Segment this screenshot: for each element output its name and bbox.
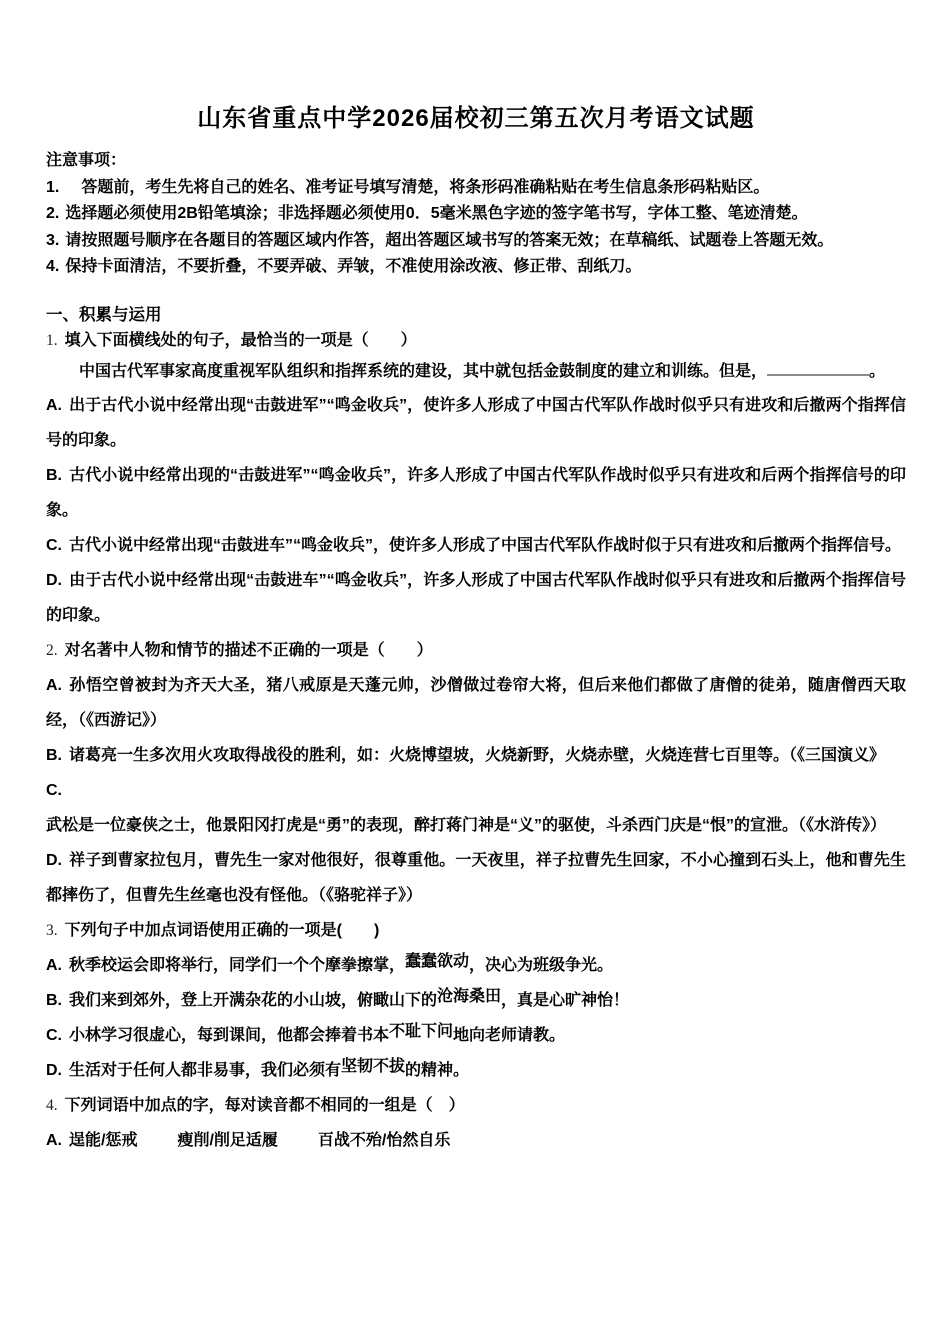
option-label: C. [46,782,62,799]
question-1: 1.填入下面横线处的句子，最恰当的一项是（ ） 中国古代军事家高度重视军队组织和… [46,327,906,633]
question-number: 2. [46,642,58,659]
option-row: C.小林学习很虚心，每到课间，他都会捧着书本不耻下问地向老师请教。 [46,1018,906,1053]
option-text-pre: 我们来到郊外，登上开满杂花的小山坡，俯瞰山下的 [69,992,437,1009]
phonetic-pair: 瘦削/削足适履 [177,1132,277,1149]
option-label: D. [46,572,62,589]
option-text: 孙悟空曾被封为齐天大圣，猪八戒原是天蓬元帅，沙僧做过卷帘大将，但后来他们都做了唐… [46,677,906,729]
option-text-post: 的精神。 [405,1062,469,1079]
phonetic-pair: 逞能/惩戒 [69,1132,137,1149]
option-row: C.古代小说中经常出现“击鼓进车”“鸣金收兵”，使许多人形成了中国古代军队作战时… [46,528,906,563]
option-text-post: ，真是心旷神怡！ [501,992,629,1009]
option-row: D.由于古代小说中经常出现“击鼓进车”“鸣金收兵”，许多人形成了中国古代军队作战… [46,563,906,633]
question-stem-text: 对名著中人物和情节的描述不正确的一项是（ ） [65,642,433,659]
notice-item-number: 1. [46,179,59,196]
option-label: D. [46,852,62,869]
question-stem: 2.对名著中人物和情节的描述不正确的一项是（ ） [46,633,906,668]
option-text: 古代小说中经常出现“击鼓进车”“鸣金收兵”，使许多人形成了中国古代军队作战时似于… [69,537,901,554]
option-row: A.秋季校运会即将举行，同学们一个个摩拳擦掌，蠢蠢欲动，决心为班级争光。 [46,948,906,983]
option-text: 古代小说中经常出现的“击鼓进军”“鸣金收兵”，许多人形成了中国古代军队作战时似乎… [46,467,906,519]
option-label: C. [46,1027,62,1044]
option-row: B.古代小说中经常出现的“击鼓进军”“鸣金收兵”，许多人形成了中国古代军队作战时… [46,458,906,528]
option-row: B.我们来到郊外，登上开满杂花的小山坡，俯瞰山下的沧海桑田，真是心旷神怡！ [46,983,906,1018]
question-stem: 1.填入下面横线处的句子，最恰当的一项是（ ） [46,327,906,355]
emphasized-word: 蠢蠢欲动 [405,953,469,970]
option-row: A.出于古代小说中经常出现“击鼓进军”“鸣金收兵”，使许多人形成了中国古代军队作… [46,388,906,458]
question-stem: 4.下列词语中加点的字，每对读音都不相同的一组是（ ） [46,1088,906,1123]
option-text: 出于古代小说中经常出现“击鼓进军”“鸣金收兵”，使许多人形成了中国古代军队作战时… [46,397,906,449]
notice-heading: 注意事项： [46,148,906,175]
option-text: 由于古代小说中经常出现“击鼓进车”“鸣金收兵”，许多人形成了中国古代军队作战时似… [46,572,906,624]
option-text: 武松是一位豪侠之士，他景阳冈打虎是“勇”的表现，醉打蒋门神是“义”的驱使，斗杀西… [46,817,886,834]
notice-item-text: 答题前，考生先将自己的姓名、准考证号填写清楚，将条形码准确粘贴在考生信息条形码粘… [65,179,769,196]
option-label: B. [46,747,62,764]
option-text-pre: 小林学习很虚心，每到课间，他都会捧着书本 [69,1027,389,1044]
option-label: B. [46,992,62,1009]
notice-item-text: 保持卡面清洁，不要折叠，不要弄破、弄皱，不准使用涂改液、修正带、刮纸刀。 [65,258,641,275]
question-number: 1. [46,332,58,349]
notice-item-number: 3. [46,232,59,249]
option-label: A. [46,397,62,414]
question-stem-text: 填入下面横线处的句子，最恰当的一项是（ ） [65,332,417,349]
option-text: 祥子到曹家拉包月，曹先生一家对他很好，很尊重他。一天夜里，祥子拉曹先生回家，不小… [46,852,906,904]
option-label: C. [46,537,62,554]
exam-page: 山东省重点中学2026届校初三第五次月考语文试题 注意事项： 1. 答题前，考生… [0,0,950,1344]
option-row: D.生活对于任何人都非易事，我们必须有坚韧不拔的精神。 [46,1053,906,1088]
option-text-post: 地向老师请教。 [453,1027,565,1044]
emphasized-word: 坚韧不拔 [341,1058,405,1075]
question-stem-text: 下列句子中加点词语使用正确的一项是( ) [65,922,380,939]
option-label: A. [46,677,62,694]
notice-item-number: 4. [46,258,59,275]
question-4: 4.下列词语中加点的字，每对读音都不相同的一组是（ ） A.逞能/惩戒瘦削/削足… [46,1088,906,1158]
option-text: 诸葛亮一生多次用火攻取得战役的胜利，如：火烧博望坡，火烧新野，火烧赤壁，火烧连营… [69,747,885,764]
phonetic-pair: 百战不殆/怡然自乐 [318,1132,450,1149]
notice-item-number: 2. [46,205,59,222]
option-label: A. [46,957,62,974]
notice-item-text: 请按照题号顺序在各题目的答题区域内作答，超出答题区域书写的答案无效；在草稿纸、试… [65,232,833,249]
option-row: A.逞能/惩戒瘦削/削足适履百战不殆/怡然自乐 [46,1123,906,1158]
notice-item: 4.保持卡面清洁，不要折叠，不要弄破、弄皱，不准使用涂改液、修正带、刮纸刀。 [46,254,906,281]
question-2: 2.对名著中人物和情节的描述不正确的一项是（ ） A.孙悟空曾被封为齐天大圣，猪… [46,633,906,913]
option-label: B. [46,467,62,484]
emphasized-word: 沧海桑田 [437,988,501,1005]
question-number: 3. [46,922,58,939]
question-stem-text: 下列词语中加点的字，每对读音都不相同的一组是（ ） [65,1097,465,1114]
question-stem: 3.下列句子中加点词语使用正确的一项是( ) [46,913,906,948]
context-text: 中国古代军事家高度重视军队组织和指挥系统的建设，其中就包括金鼓制度的建立和训练。… [79,363,767,380]
option-row: B.诸葛亮一生多次用火攻取得战役的胜利，如：火烧博望坡，火烧新野，火烧赤壁，火烧… [46,738,906,773]
page-title: 山东省重点中学2026届校初三第五次月考语文试题 [46,104,906,134]
option-text-pre: 生活对于任何人都非易事，我们必须有 [69,1062,341,1079]
answer-blank [767,360,869,376]
context-text-end: 。 [869,363,885,380]
option-row: D.祥子到曹家拉包月，曹先生一家对他很好，很尊重他。一天夜里，祥子拉曹先生回家，… [46,843,906,913]
question-context: 中国古代军事家高度重视军队组织和指挥系统的建设，其中就包括金鼓制度的建立和训练。… [46,355,906,388]
option-label: A. [46,1132,62,1149]
option-text-post: ，决心为班级争光。 [469,957,613,974]
emphasized-word: 不耻下问 [389,1023,453,1040]
option-row: A.孙悟空曾被封为齐天大圣，猪八戒原是天蓬元帅，沙僧做过卷帘大将，但后来他们都做… [46,668,906,738]
notice-item-text: 选择题必须使用2B铅笔填涂；非选择题必须使用0．5毫米黑色字迹的签字笔书写，字体… [65,205,807,222]
notice-item: 3.请按照题号顺序在各题目的答题区域内作答，超出答题区域书写的答案无效；在草稿纸… [46,228,906,255]
option-row: C.武松是一位豪侠之士，他景阳冈打虎是“勇”的表现，醉打蒋门神是“义”的驱使，斗… [46,773,906,843]
notice-item: 1. 答题前，考生先将自己的姓名、准考证号填写清楚，将条形码准确粘贴在考生信息条… [46,175,906,202]
question-number: 4. [46,1097,58,1114]
option-text-pre: 秋季校运会即将举行，同学们一个个摩拳擦掌， [69,957,405,974]
section-heading: 一、积累与运用 [46,303,906,327]
notice-section: 注意事项： 1. 答题前，考生先将自己的姓名、准考证号填写清楚，将条形码准确粘贴… [46,148,906,281]
notice-item: 2.选择题必须使用2B铅笔填涂；非选择题必须使用0．5毫米黑色字迹的签字笔书写，… [46,201,906,228]
option-label: D. [46,1062,62,1079]
question-3: 3.下列句子中加点词语使用正确的一项是( ) A.秋季校运会即将举行，同学们一个… [46,913,906,1088]
